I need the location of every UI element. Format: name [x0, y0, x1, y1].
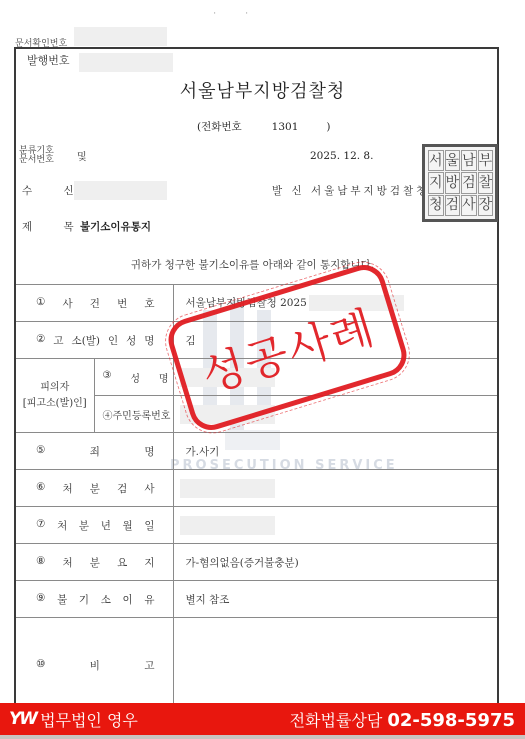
sender-line: 발 신 서울남부지방검찰청	[272, 183, 429, 198]
seal-char: 방	[445, 172, 461, 193]
label-char: 명	[144, 444, 154, 459]
charge-label: ⑤죄명	[16, 433, 173, 470]
label-char: ②	[36, 333, 45, 348]
label-char: 요	[117, 555, 127, 570]
label-char: 고	[53, 333, 63, 348]
suspect-name-label: ③성명	[94, 359, 173, 396]
firm-name: 법무법인 영우	[40, 708, 138, 731]
label-char: 죄	[90, 444, 100, 459]
reason-label: ⑨불기소이유	[16, 581, 173, 618]
label-char: 년	[101, 518, 111, 533]
official-seal: 서울남부지방검찰청검사장	[422, 144, 498, 222]
label-char: 명	[144, 333, 154, 348]
remarks-label: ⑩비고	[16, 618, 173, 714]
label-char: 건	[90, 296, 100, 311]
suspect-id-label: ④주민등록번호	[94, 396, 173, 433]
stamp-text: 성공사례	[193, 291, 382, 404]
seal-char: 검	[461, 172, 477, 193]
prosecutor-value	[173, 470, 497, 507]
label-char: 일	[144, 518, 154, 533]
label-char: ③	[103, 370, 112, 385]
table-row-disposition-summary: ⑧처분요지 가-혐의없음(증거불충분)	[16, 544, 497, 581]
label-char: ①	[36, 296, 45, 311]
label-char: ⑩	[36, 658, 45, 673]
phone-suffix: )	[326, 121, 330, 133]
label-char: 월	[123, 518, 133, 533]
remarks-value	[173, 618, 497, 714]
classification-label-bottom: 문서번호	[19, 156, 54, 165]
label-char: 사	[144, 481, 154, 496]
table-row-prosecutor: ⑥처분검사	[16, 470, 497, 507]
phone-prefix: (전화번호	[197, 121, 242, 133]
label-char: 분	[90, 481, 100, 496]
suspect-group-label: 피의자 [피고소(발)인]	[16, 359, 94, 433]
label-char: 호	[144, 296, 154, 311]
issue-number-label: 발행번호	[27, 52, 70, 68]
seal-char: 청	[428, 195, 444, 216]
subject-value: 불기소이유통지	[80, 219, 151, 234]
label-char: 성	[130, 370, 140, 385]
disposition-date-value	[173, 507, 497, 544]
seal-char: 장	[478, 195, 494, 216]
label-char: 고	[144, 658, 154, 673]
case-number-label: ①사건번호	[16, 285, 173, 322]
table-row-reason: ⑨불기소이유 별지 참조	[16, 581, 497, 618]
agency-phone: (전화번호1301)	[197, 119, 331, 134]
charge-value: 가.사기	[173, 433, 497, 470]
label-char: 명	[159, 370, 169, 385]
label-char: 처	[57, 518, 67, 533]
consult-label: 전화법률상담	[290, 708, 383, 731]
label-char: ⑨	[36, 592, 45, 607]
subject-label: 제 목	[22, 219, 88, 234]
seal-char: 남	[461, 150, 477, 171]
label-char: 번	[117, 296, 127, 311]
label-char: 성	[126, 333, 136, 348]
label-char: ⑤	[36, 444, 45, 459]
label-char: 불	[57, 592, 67, 607]
label-char: 지	[144, 555, 154, 570]
label-char: 처	[63, 481, 73, 496]
label-char: 소(발)	[72, 333, 100, 348]
seal-char: 울	[445, 150, 461, 171]
seal-char: 찰	[478, 172, 494, 193]
label-char: 사	[63, 296, 73, 311]
firm-logo-icon: YW	[9, 709, 36, 729]
disposition-summary-value: 가-혐의없음(증거불충분)	[173, 544, 497, 581]
agency-title: 서울남부지방검찰청	[0, 77, 525, 103]
disposition-date-label: ⑦처분년월일	[16, 507, 173, 544]
complainant-label: ②고소(발)인성명	[16, 322, 173, 359]
label-char: ⑥	[36, 481, 45, 496]
document-date: 2025. 12. 8.	[310, 150, 373, 162]
label-char: 검	[117, 481, 127, 496]
redacted-doc-confirm-number	[74, 27, 167, 46]
notice-text: 귀하가 청구한 불기소이유를 아래와 같이 통지합니다.	[0, 257, 525, 272]
table-row-remarks: ⑩비고	[16, 618, 497, 714]
table-row-charge: ⑤죄명 가.사기	[16, 433, 497, 470]
label-char: 이	[123, 592, 133, 607]
seal-char: 서	[428, 150, 444, 171]
classification-and: 및	[77, 148, 87, 163]
label-char: ⑧	[36, 555, 45, 570]
prosecutor-label: ⑥처분검사	[16, 470, 173, 507]
redacted-issue-number	[79, 53, 173, 72]
seal-char: 지	[428, 172, 444, 193]
disposition-summary-label: ⑧처분요지	[16, 544, 173, 581]
seal-char: 검	[445, 195, 461, 216]
label-char: 인	[108, 333, 118, 348]
seal-char: 사	[461, 195, 477, 216]
phone-number: 1301	[272, 121, 299, 133]
label-char: 분	[79, 518, 89, 533]
footer-shadow	[0, 735, 525, 739]
label-char: 처	[63, 555, 73, 570]
reason-value: 별지 참조	[173, 581, 497, 618]
label-char: 비	[90, 658, 100, 673]
footer-banner: YW 법무법인 영우 전화법률상담 02-598-5975	[0, 703, 525, 735]
redacted-recipient	[74, 181, 167, 200]
label-char: 기	[79, 592, 89, 607]
table-row-disposition-date: ⑦처분년월일	[16, 507, 497, 544]
label-char: ⑦	[36, 518, 45, 533]
label-char: 유	[144, 592, 154, 607]
seal-char: 부	[478, 150, 494, 171]
classification-label: 분류기호 문서번호	[19, 147, 54, 165]
label-char: 분	[90, 555, 100, 570]
label-char: 소	[101, 592, 111, 607]
consult-phone-link[interactable]: 02-598-5975	[387, 710, 515, 731]
